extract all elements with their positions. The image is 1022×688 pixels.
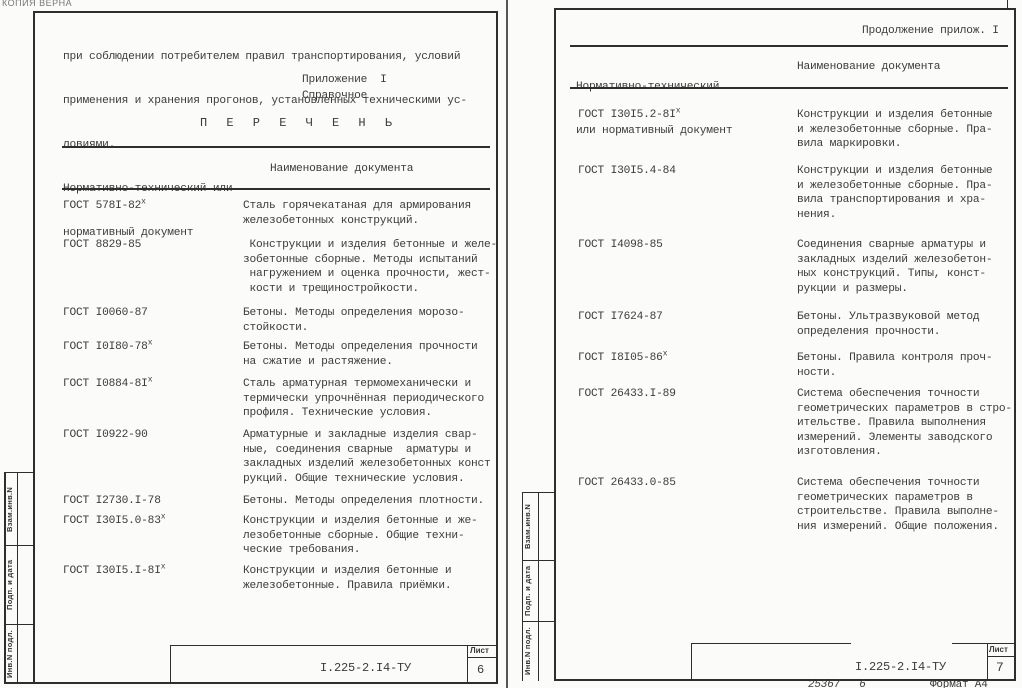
document-name-cell: Сталь арматурная термомеханически итерми… bbox=[243, 377, 484, 421]
document-name-cell: Бетоны. Ультразвуковой методопределения … bbox=[797, 310, 979, 339]
header-col-name: Наименование документа bbox=[797, 60, 940, 75]
list-title: П Е Р Е Ч Е Н Ь bbox=[200, 116, 398, 131]
document-code: I.225-2.I4-ТУ bbox=[320, 661, 411, 676]
document-code-cell: ГОСТ 26433.0-85 bbox=[578, 476, 676, 491]
stamp-sign-date: Подп. и дата bbox=[5, 547, 17, 623]
document-code-cell: ГОСТ I30I5.0-83x bbox=[63, 514, 165, 529]
stamp-inv-original: Инв.N подл. bbox=[523, 623, 538, 679]
document-name-cell: Конструкции и изделия бетонные и же-лезо… bbox=[243, 514, 478, 558]
stamp-inv-original: Инв.N подл. bbox=[5, 626, 17, 682]
document-code-cell: ГОСТ 578I-82x bbox=[63, 199, 146, 214]
intro-line: применения и хранения прогонов, установл… bbox=[63, 94, 467, 109]
document-code-cell: ГОСТ 8829-85 bbox=[63, 238, 141, 253]
document-code-cell: ГОСТ I0I80-78x bbox=[63, 340, 152, 355]
continuation-label: Продолжение прилож. I bbox=[862, 24, 999, 39]
document-name-cell: Сталь горячекатаная для армированияжелез… bbox=[243, 199, 471, 228]
document-name-cell: Конструкции и изделия бетонные и желе-зо… bbox=[243, 238, 497, 296]
appendix-label: Приложение I bbox=[302, 73, 387, 88]
stamp-sign-date: Подп. и дата bbox=[523, 562, 538, 620]
header-text: или нормативный документ bbox=[576, 124, 732, 139]
stamp-replace-inv: Взам.инв.N bbox=[523, 494, 538, 559]
sheet-label: Лист bbox=[989, 645, 1008, 654]
document-code-cell: ГОСТ I7624-87 bbox=[578, 310, 663, 325]
document-code-cell: ГОСТ I2730.I-78 bbox=[63, 494, 161, 509]
document-name-cell: Конструкции и изделия бетонные ижелезобе… bbox=[243, 564, 451, 593]
stamp-replace-inv: Взам.инв.N bbox=[5, 474, 17, 544]
document-name-cell: Бетоны. Методы определения плотности. bbox=[243, 494, 484, 509]
document-name-cell: Бетоны. Методы определения морозо-стойко… bbox=[243, 306, 464, 335]
document-name-cell: Конструкции и изделия бетонныеи железобе… bbox=[797, 164, 992, 222]
format-label: Формат А4 bbox=[930, 678, 988, 688]
document-code-cell: ГОСТ I30I5.I-8Ix bbox=[63, 564, 165, 579]
document-name-cell: Система обеспечения точностигеометрическ… bbox=[797, 476, 999, 534]
header-col-name: Наименование документа bbox=[270, 162, 413, 177]
document-name-cell: Соединения сварные арматуры изакладных и… bbox=[797, 238, 992, 296]
document-code-cell: ГОСТ I30I5.4-84 bbox=[578, 164, 676, 179]
document-code-cell: ГОСТ I30I5.2-8Ix bbox=[578, 108, 680, 123]
order-number: 25367 6 bbox=[808, 678, 866, 688]
document-name-cell: Бетоны. Методы определения прочностина с… bbox=[243, 340, 478, 369]
sheet-number: 6 bbox=[477, 663, 484, 678]
document-name-cell: Система обеспечения точностигеометрическ… bbox=[797, 387, 1012, 460]
document-code-cell: ГОСТ I0884-8Ix bbox=[63, 377, 152, 392]
intro-line: при соблюдении потребителем правил транс… bbox=[63, 50, 467, 65]
document-code: I.225-2.I4-ТУ bbox=[855, 660, 946, 675]
document-code-cell: ГОСТ I0060-87 bbox=[63, 306, 148, 321]
document-code-cell: ГОСТ I4098-85 bbox=[578, 238, 663, 253]
sheet-number: 7 bbox=[996, 661, 1004, 676]
copy-stamp: КОПИЯ ВЕРНА bbox=[2, 0, 72, 8]
sheet-label: Лист bbox=[470, 646, 489, 655]
document-code-cell: ГОСТ I0922-90 bbox=[63, 428, 148, 443]
document-name-cell: Арматурные и закладные изделия свар-ные,… bbox=[243, 428, 491, 486]
document-code-cell: ГОСТ I8I05-86x bbox=[578, 351, 667, 366]
document-name-cell: Бетоны. Правила контроля проч-ности. bbox=[797, 351, 992, 380]
appendix-type: Справочное bbox=[302, 89, 367, 104]
document-code-cell: ГОСТ 26433.I-89 bbox=[578, 387, 676, 402]
document-name-cell: Конструкции и изделия бетонныеи железобе… bbox=[797, 108, 992, 152]
